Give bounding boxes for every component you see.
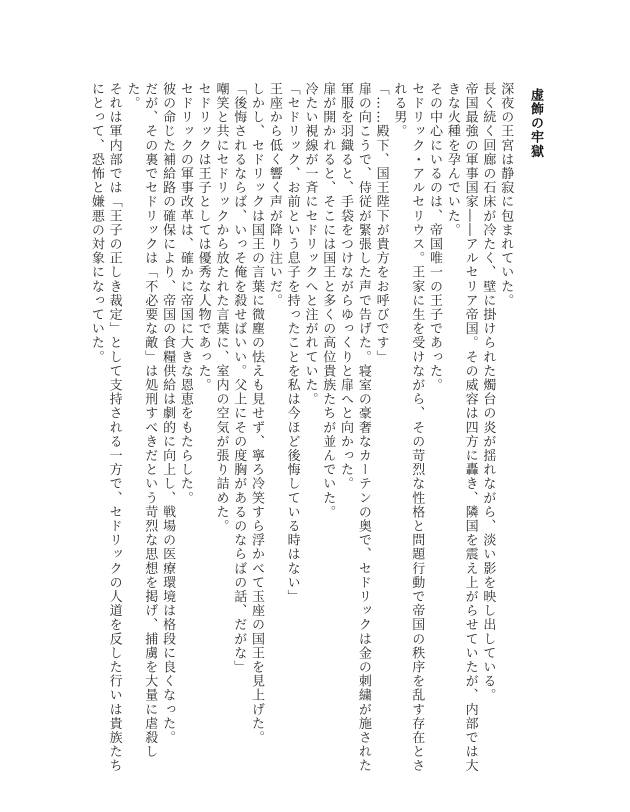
paragraph: それは軍内部では「王子の正しき裁定」として支持される一方で、セドリックの人道を反… <box>87 82 123 782</box>
paragraph: 彼の命じた補給路の確保により、帝国の食糧供給は劇的に向上し、戦場の医療環境は格段… <box>158 82 176 782</box>
paragraph: 扉が開かれると、そこには国王と多くの高位貴族たちが並んでいた。 <box>318 82 336 782</box>
paragraph: しかし、セドリックは国王の言葉に微塵の怯えも見せず、寧ろ冷笑すら浮かべて玉座の国… <box>247 82 265 782</box>
paragraph: 長く続く回廊の石床が冷たく、壁に掛けられた燭台の炎が揺れながら、淡い影を映し出し… <box>479 82 497 782</box>
paragraph: 王座から低く響く声が降り注いだ。 <box>265 82 283 782</box>
paragraph: 嘲笑と共にセドリックから放たれた言葉に、室内の空気が張り詰めた。 <box>212 82 230 782</box>
paragraph: 冷たい視線が一斉にセドリックへと注がれていた。 <box>301 82 319 782</box>
paragraph: 帝国最強の軍事国家――アルセリア帝国。その威容は四方に轟き、隣国を震え上がらせて… <box>443 82 479 782</box>
paragraph: だが、その裏でセドリックは「不必要な敵」は処刑すべきだという苛烈な思想を掲げ、捕… <box>123 82 159 782</box>
paragraph: 扉の向こうで、侍従が緊張した声で告げた。寝室の豪奢なカーテンの奥で、セドリックは… <box>336 82 372 782</box>
paragraph: 深夜の王宮は静寂に包まれていた。 <box>496 82 514 782</box>
paragraph: セドリックは王子としては優秀な人物であった。 <box>194 82 212 782</box>
document-page: 虚飾の牢獄 深夜の王宮は静寂に包まれていた。 長く続く回廊の石床が冷たく、壁に掛… <box>0 0 630 812</box>
paragraph: セドリック・アルセリウス。王家に生を受けながら、その苛烈な性格と問題行動で帝国の… <box>390 82 426 782</box>
paragraph: セドリックの軍事改革は、確かに帝国に大きな恩恵をもたらした。 <box>176 82 194 782</box>
paragraph: その中心にいるのは、帝国唯一の王子であった。 <box>425 82 443 782</box>
dialogue-line: 「……殿下、国王陛下が貴方をお呼びです」 <box>372 82 390 782</box>
dialogue-line: 「セドリック、お前という息子を持ったことを私は今ほど後悔している時はない」 <box>283 82 301 782</box>
chapter-title: 虚飾の牢獄 <box>526 82 544 782</box>
vertical-text-body: 虚飾の牢獄 深夜の王宮は静寂に包まれていた。 長く続く回廊の石床が冷たく、壁に掛… <box>87 82 544 782</box>
dialogue-line: 「後悔されるならば、いっそ俺を殺せばいい。父上にその度胸があるのならばの話、だが… <box>229 82 247 782</box>
